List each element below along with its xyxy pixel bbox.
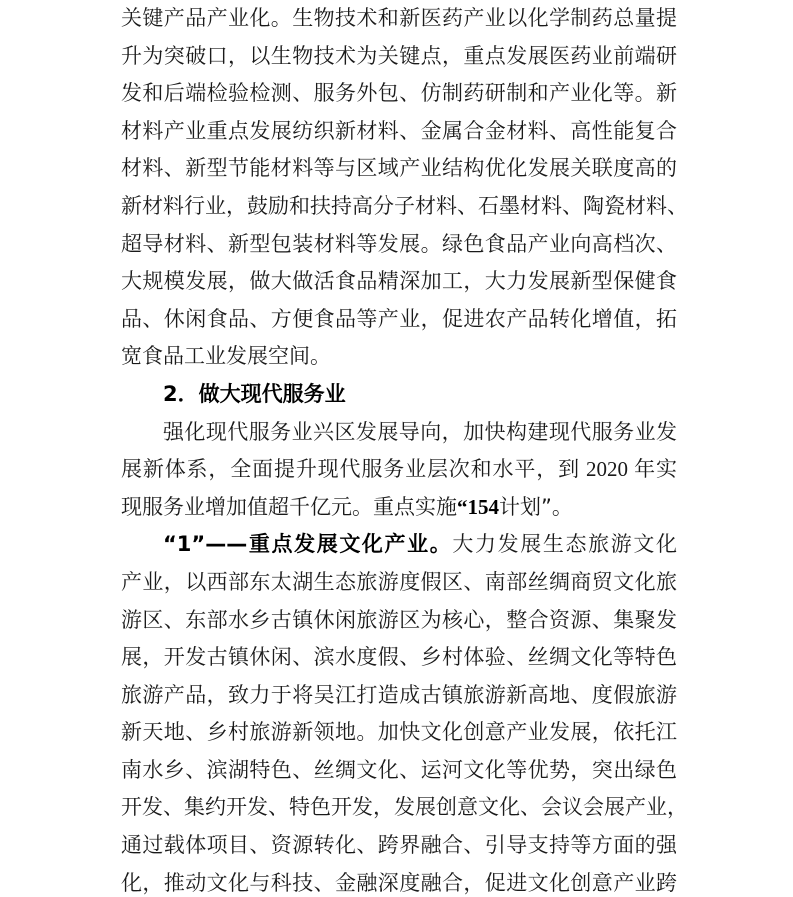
paragraph-industry-development: 关键产品产业化。生物技术和新医药产业以化学制药总量提 升为突破口，以生物技术为关… xyxy=(121,0,677,376)
text-line: 发和后端检验检测、服务外包、仿制药研制和产业化等。新 xyxy=(121,75,677,113)
text-line: 开发、集约开发、特色开发，发展创意文化、会议会展产业， xyxy=(121,789,677,827)
text-line: 升为突破口，以生物技术为关键点，重点发展医药业前端研 xyxy=(121,38,677,76)
document-page: 关键产品产业化。生物技术和新医药产业以化学制药总量提 升为突破口，以生物技术为关… xyxy=(121,0,677,897)
text-line: 新天地、乡村旅游新领地。加快文化创意产业发展，依托江 xyxy=(121,714,677,752)
text-line: 展新体系，全面提升现代服务业层次和水平，到 2020 年实 xyxy=(121,451,677,489)
text-line: 旅游产品，致力于将吴江打造成古镇旅游新高地、度假旅游 xyxy=(121,677,677,715)
text-line: 游区、东部水乡古镇休闲旅游区为核心，整合资源、集聚发 xyxy=(121,602,677,640)
text-line: 品、休闲食品、方便食品等产业，促进农产品转化增值，拓 xyxy=(121,301,677,339)
text-segment: 年实 xyxy=(634,457,677,481)
plan-label: 计划 xyxy=(499,495,541,519)
text-line: 展，开发古镇休闲、滨水度假、乡村体验、丝绸文化等特色 xyxy=(121,639,677,677)
text-line: 产业，以西部东太湖生态旅游度假区、南部丝绸商贸文化旅 xyxy=(121,564,677,602)
lead-label: “1”——重点发展文化产业。 xyxy=(163,532,452,556)
text-line: 强化现代服务业兴区发展导向，加快构建现代服务业发 xyxy=(121,414,677,452)
year-number: 2020 xyxy=(580,457,634,481)
text-line: 现服务业增加值超千亿元。重点实施“154计划”。 xyxy=(121,489,677,527)
paragraph-modern-services: 强化现代服务业兴区发展导向，加快构建现代服务业发 展新体系，全面提升现代服务业层… xyxy=(121,414,677,527)
text-segment: 大力发展生态旅游文化 xyxy=(452,532,677,556)
plan-number: 154 xyxy=(468,495,500,519)
text-line: 材料、新型节能材料等与区域产业结构优化发展关联度高的 xyxy=(121,150,677,188)
text-line: 宽食品工业发展空间。 xyxy=(121,338,677,376)
text-line: 超导材料、新型包装材料等发展。绿色食品产业向高档次、 xyxy=(121,226,677,264)
text-line: 新材料行业，鼓励和扶持高分子材料、石墨材料、陶瓷材料、 xyxy=(121,188,677,226)
quote-close: ”。 xyxy=(541,495,573,519)
text-segment: 展新体系，全面提升现代服务业层次和水平，到 xyxy=(121,457,580,481)
paragraph-culture-industry: “1”——重点发展文化产业。大力发展生态旅游文化 产业，以西部东太湖生态旅游度假… xyxy=(121,526,677,897)
text-line: “1”——重点发展文化产业。大力发展生态旅游文化 xyxy=(121,526,677,564)
text-line: 大规模发展，做大做活食品精深加工，大力发展新型保健食 xyxy=(121,263,677,301)
text-line: 化，推动文化与科技、金融深度融合，促进文化创意产业跨 xyxy=(121,865,677,897)
section-heading: 2．做大现代服务业 xyxy=(121,376,677,414)
text-line: 通过载体项目、资源转化、跨界融合、引导支持等方面的强 xyxy=(121,827,677,865)
text-line: 关键产品产业化。生物技术和新医药产业以化学制药总量提 xyxy=(121,0,677,38)
text-line: 南水乡、滨湖特色、丝绸文化、运河文化等优势，突出绿色 xyxy=(121,752,677,790)
text-segment: 现服务业增加值超千亿元。重点实施 xyxy=(121,495,457,519)
quote-open: “ xyxy=(457,495,468,519)
text-line: 材料产业重点发展纺织新材料、金属合金材料、高性能复合 xyxy=(121,113,677,151)
